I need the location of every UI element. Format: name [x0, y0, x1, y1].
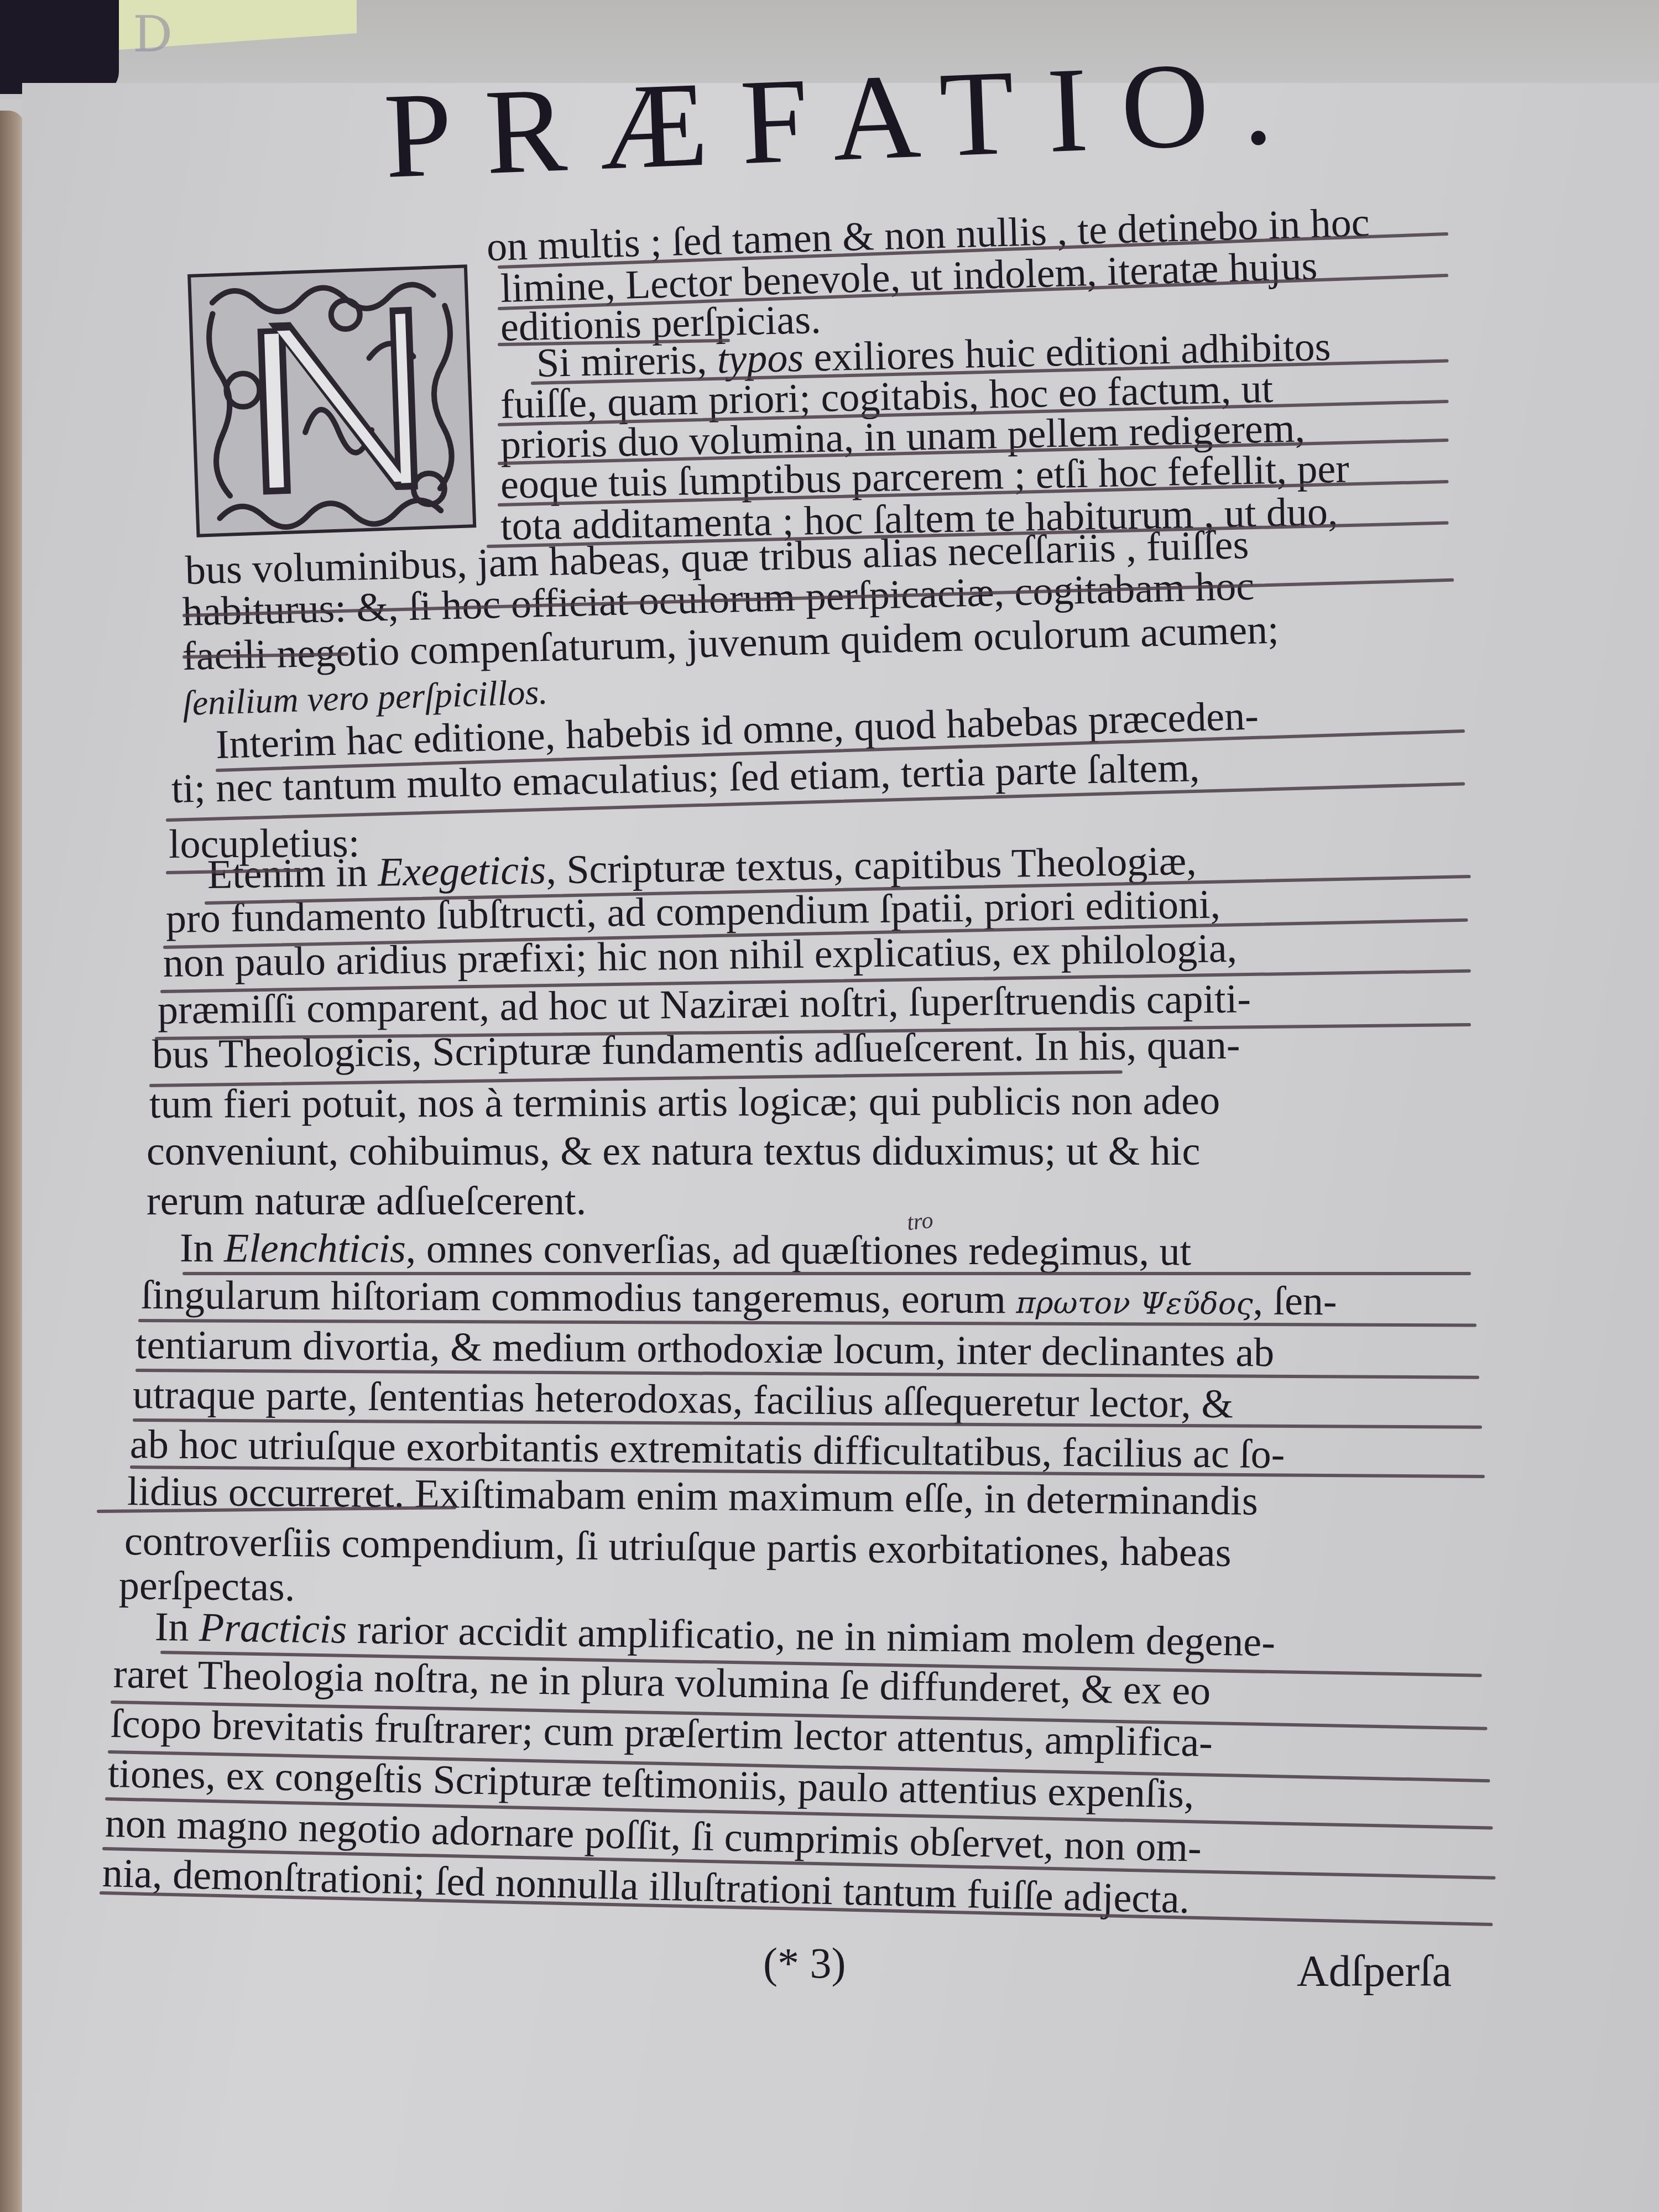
body-text: on multis ; ſed tamen & non nullis , te … — [0, 0, 1659, 2212]
text-line: rerum naturæ adſueſcerent. — [147, 1181, 586, 1222]
text-line: tum fieri potuit, nos à terminis artis l… — [149, 1080, 1220, 1125]
italic-word: Practicis — [199, 1605, 347, 1652]
text-line: ſingularum hiſtoriam commodius tangeremu… — [141, 1275, 1337, 1322]
text-line: conveniunt, cohibuimus, & ex natura text… — [147, 1131, 1200, 1172]
handwritten-correction: tro — [906, 1207, 935, 1237]
text-line: utraque parte, ſententias heterodoxas, f… — [133, 1374, 1234, 1425]
italic-word: Elenchticis — [224, 1225, 406, 1271]
text-line: tentiarum divortia, & medium orthodoxiæ … — [135, 1324, 1275, 1373]
greek-phrase: πρωτον Ψεῦδος — [1016, 1285, 1253, 1321]
text-line: In Elenchticis, omnes converſias, ad quæ… — [180, 1228, 1191, 1272]
signature-mark: (* 3) — [763, 1938, 846, 1988]
text-line: perſpectas. — [119, 1565, 295, 1608]
catchword: Adſperſa — [1297, 1947, 1452, 1997]
text-line: lidius occurreret. Exiſtimabam enim maxi… — [127, 1471, 1258, 1522]
text-line: præmiſſi comparent, ad hoc ut Naziræi no… — [158, 978, 1251, 1031]
italic-word: Exegeticis — [378, 847, 546, 895]
